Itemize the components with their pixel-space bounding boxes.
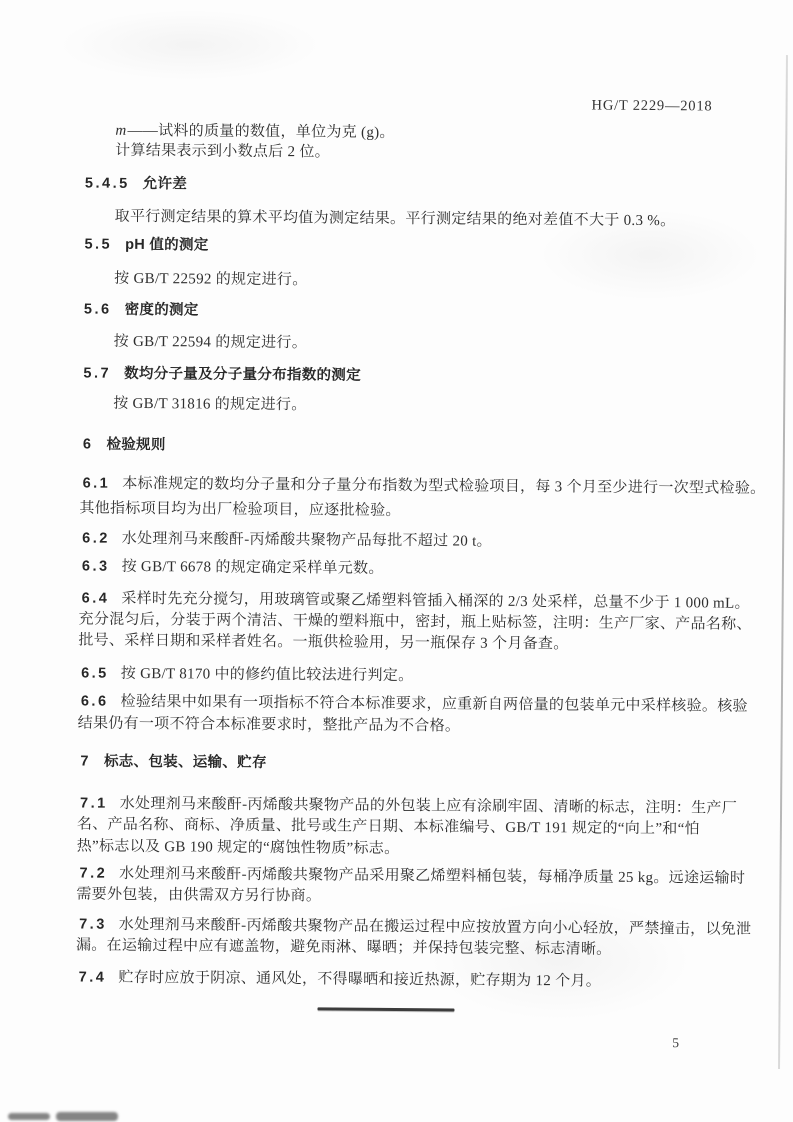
clause-7-1-line-3: 热”标志以及 GB 190 规定的“腐蚀性物质”标志。 — [77, 837, 400, 860]
clause-5-4-5-body: 取平行测定结果的算术平均值为测定结果。平行测定结果的绝对差值不大于 0.3 %。 — [115, 207, 676, 231]
section-heading-5-7: 5.7数均分子量及分子量分布指数的测定 — [83, 364, 361, 386]
clause-number: 6.1 — [83, 476, 111, 492]
clause-text: 水处理剂马来酸酐-丙烯酸共聚物产品在搬运过程中应按放置方向小心轻放，严禁撞击，以… — [119, 917, 752, 938]
section-heading-5-5: 5.5pH 值的测定 — [84, 235, 208, 256]
clause-text: 按 GB/T 8170 中的修约值比较法进行判定。 — [121, 666, 414, 684]
section-title: 密度的测定 — [125, 302, 199, 319]
chapter-number: 7 — [80, 754, 91, 770]
clause-text: 水处理剂马来酸酐-丙烯酸共聚物产品采用聚乙烯塑料桶包装，每桶净质量 25 kg。… — [119, 866, 745, 887]
standard-code-header: HG/T 2229—2018 — [592, 96, 706, 117]
section-number: 5.5 — [84, 237, 112, 253]
scan-page-edge-line — [778, 55, 787, 1069]
clause-text: 本标准规定的数均分子量和分子量分布指数为型式检验项目，每 3 个月至少进行一次型… — [122, 476, 765, 497]
clause-7-3-line-2: 漏。在运输过程中应有遮盖物，避免雨淋、曝晒；并保持包装完整、标志清晰。 — [76, 935, 612, 959]
clause-5-6-body: 按 GB/T 22594 的规定进行。 — [114, 332, 308, 354]
clause-6-1-line-2: 其他指标项目均为出厂检验项目，应逐批检验。 — [79, 499, 400, 522]
clause-number: 6.2 — [82, 531, 110, 547]
section-number: 5.7 — [83, 366, 111, 382]
clause-text: 水处理剂马来酸酐-丙烯酸共聚物产品的外包装上应有涂刷牢固、清晰的标志，注明：生产… — [120, 796, 737, 817]
clause-6-5: 6.5按 GB/T 8170 中的修约值比较法进行判定。 — [81, 664, 413, 687]
clause-text: 采样时先充分搅匀，用玻璃管或聚乙烯塑料管插入桶深的 2/3 处采样，总量不少于 … — [121, 591, 750, 612]
clause-number: 7.3 — [79, 917, 107, 933]
clause-7-2-line-2: 需要外包装，由供需双方另行协商。 — [76, 885, 321, 907]
clause-6-2: 6.2水处理剂马来酸酐-丙烯酸共聚物产品每批不超过 20 t。 — [82, 529, 492, 552]
clause-6-6-line-1: 6.6检验结果中如果有一项指标不符合本标准要求，应重新自两倍量的包装单元中采样核… — [81, 692, 748, 717]
chapter-number: 6 — [83, 437, 94, 453]
scan-artifact-smudge — [56, 1112, 118, 1121]
clause-number: 7.1 — [80, 796, 108, 812]
section-title: 允许差 — [143, 176, 188, 192]
clause-text: 按 GB/T 6678 的规定确定采样单元数。 — [122, 559, 384, 577]
chapter-heading-7: 7标志、包装、运输、贮存 — [80, 752, 267, 773]
clause-7-1-line-2: 名、产品名称、商标、净质量、批号或生产日期、本标准编号、GB/T 191 规定的… — [77, 815, 700, 840]
page-number: 5 — [672, 1033, 679, 1053]
clause-number: 7.2 — [79, 866, 107, 882]
section-heading-5-6: 5.6密度的测定 — [84, 300, 199, 321]
section-title: 数均分子量及分子量分布指数的测定 — [124, 366, 361, 384]
clause-number: 6.4 — [82, 591, 110, 607]
section-number: 5.6 — [84, 302, 112, 318]
calc-result-note: 计算结果表示到小数点后 2 位。 — [115, 141, 330, 163]
clause-number: 6.5 — [81, 666, 109, 682]
section-title: pH 值的测定 — [125, 237, 209, 254]
clause-text: 水处理剂马来酸酐-丙烯酸共聚物产品每批不超过 20 t。 — [122, 531, 492, 550]
formula-symbol-note: m——试料的质量的数值，单位为克 (g)。 — [115, 121, 395, 143]
clause-6-3: 6.3按 GB/T 6678 的规定确定采样单元数。 — [82, 557, 384, 579]
section-number: 5.4.5 — [85, 176, 130, 192]
clause-7-4: 7.4贮存时应放于阴凉、通风处，不得曝晒和接近热源，贮存期为 12 个月。 — [79, 968, 602, 992]
clause-number: 7.4 — [79, 970, 107, 986]
scanned-standard-page: HG/T 2229—2018 m——试料的质量的数值，单位为克 (g)。 计算结… — [0, 0, 793, 1122]
end-of-text-divider — [317, 1007, 454, 1011]
clause-number: 6.6 — [81, 694, 109, 710]
section-heading-5-4-5: 5.4.5允许差 — [85, 174, 187, 195]
scan-artifact-smudge — [8, 1113, 50, 1120]
clause-5-7-body: 按 GB/T 31816 的规定进行。 — [113, 394, 307, 416]
clause-text: 检验结果中如果有一项指标不符合本标准要求，应重新自两倍量的包装单元中采样核验。核… — [120, 694, 747, 715]
clause-5-5-body: 按 GB/T 22592 的规定进行。 — [114, 269, 308, 291]
clause-6-1-line-1: 6.1本标准规定的数均分子量和分子量分布指数为型式检验项目，每 3 个月至少进行… — [83, 474, 766, 499]
clause-text: 贮存时应放于阴凉、通风处，不得曝晒和接近热源，贮存期为 12 个月。 — [118, 970, 601, 990]
clause-number: 6.3 — [82, 559, 110, 575]
page-content: HG/T 2229—2018 m——试料的质量的数值，单位为克 (g)。 计算结… — [0, 0, 793, 1122]
clause-6-4-line-3: 批号、采样日期和采样者姓名。一瓶供检验用，另一瓶保存 3 个月备查。 — [78, 631, 568, 655]
clause-6-6-line-2: 结果仍有一项不符合本标准要求时，整批产品为不合格。 — [78, 714, 461, 737]
formula-variable-m: m — [115, 123, 126, 139]
formula-variable-definition: ——试料的质量的数值，单位为克 (g)。 — [127, 123, 394, 141]
chapter-title: 标志、包装、运输、贮存 — [104, 754, 267, 771]
chapter-title: 检验规则 — [106, 437, 165, 453]
chapter-heading-6: 6检验规则 — [83, 435, 166, 456]
